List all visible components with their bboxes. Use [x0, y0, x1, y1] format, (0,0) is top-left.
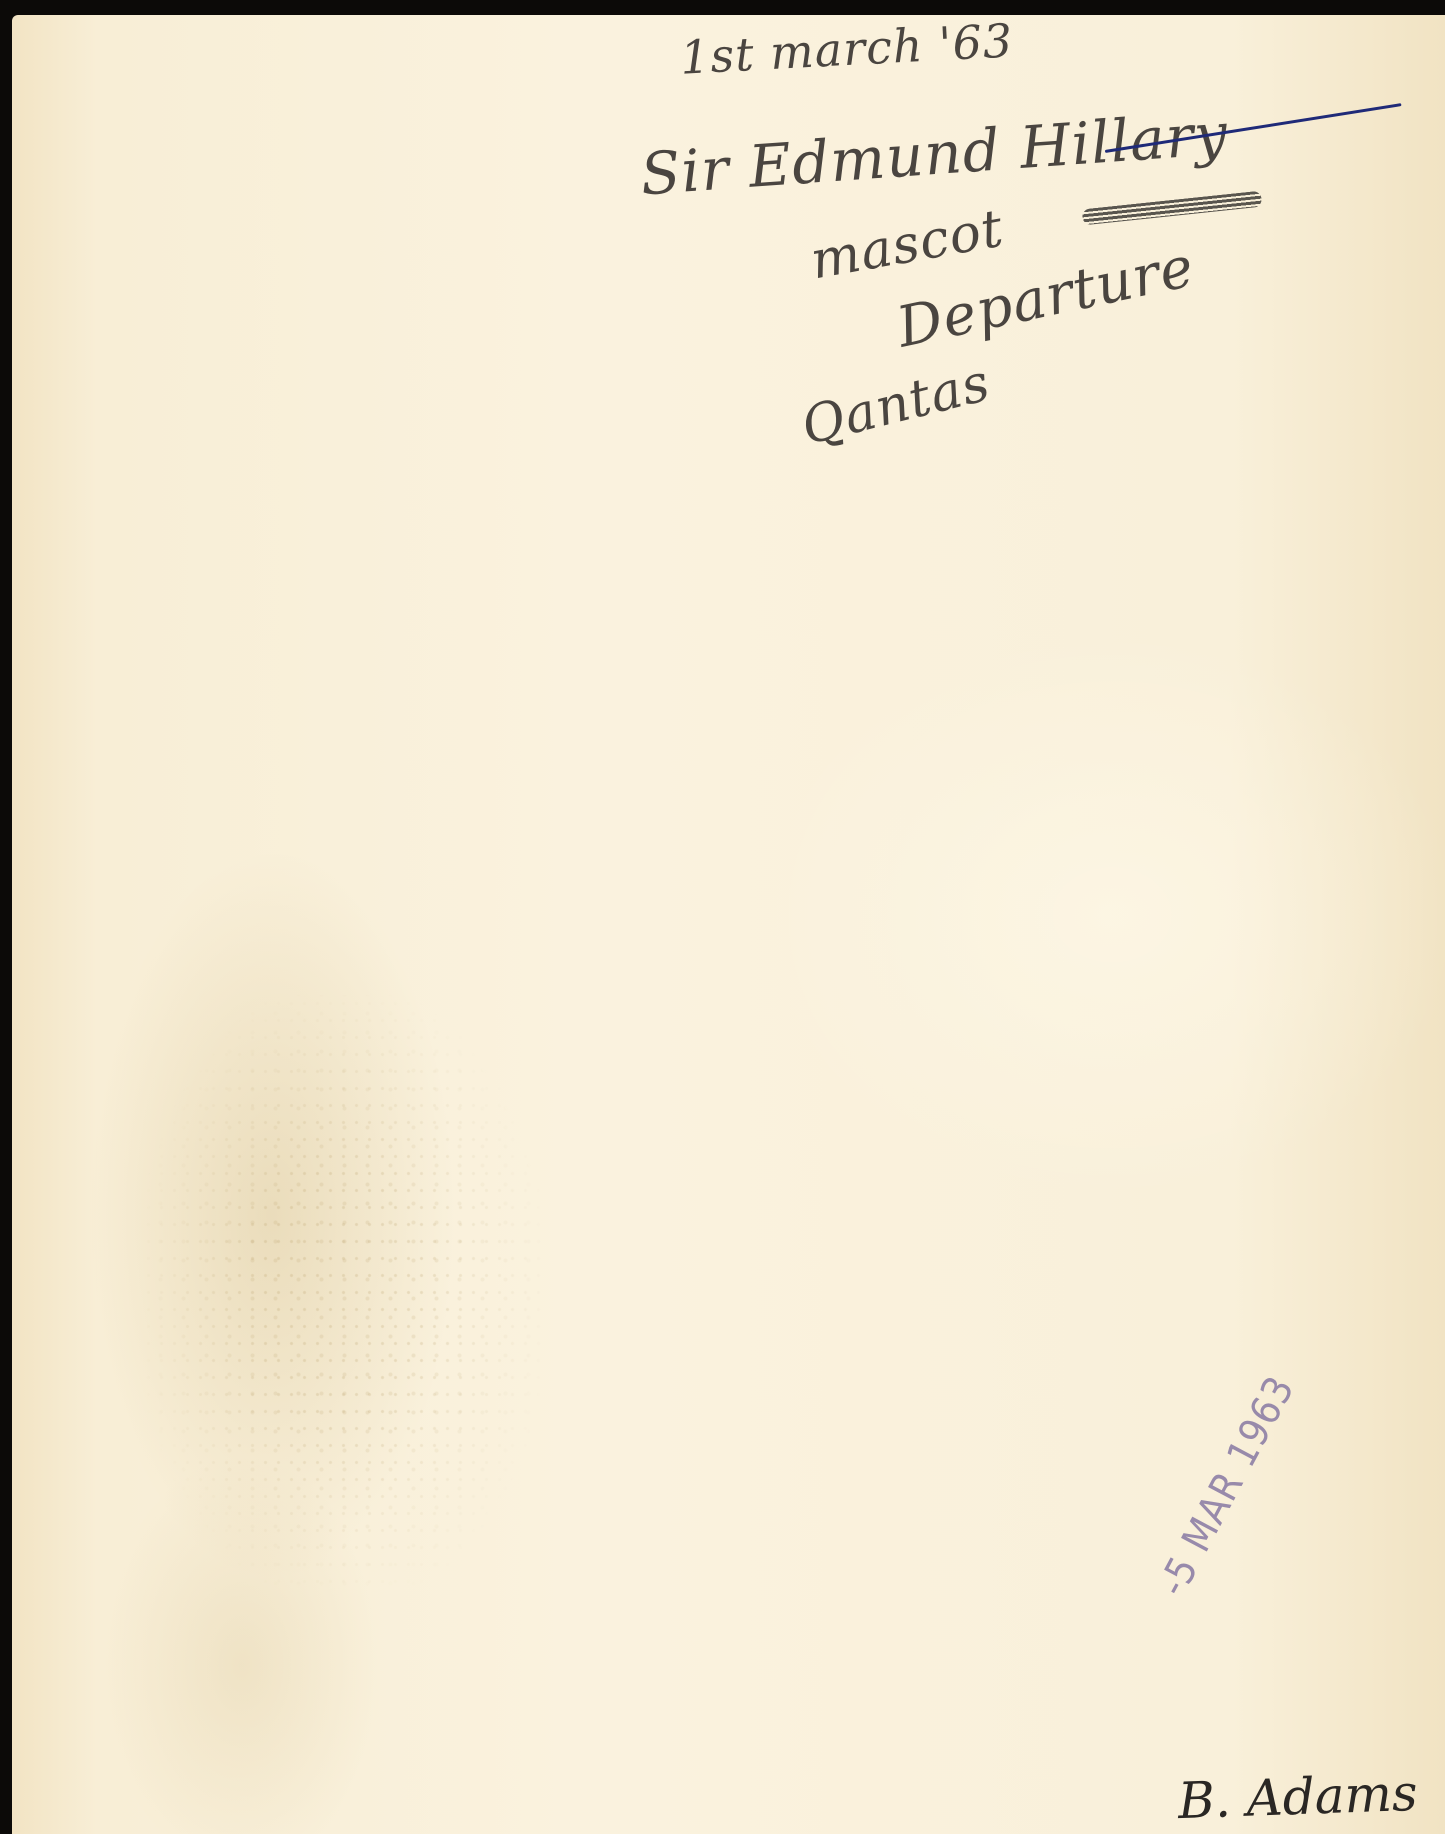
foxing-stain: [142, 995, 542, 1595]
photo-verso-paper: [12, 15, 1445, 1834]
photographer-signature: B. Adams: [1177, 1764, 1418, 1830]
